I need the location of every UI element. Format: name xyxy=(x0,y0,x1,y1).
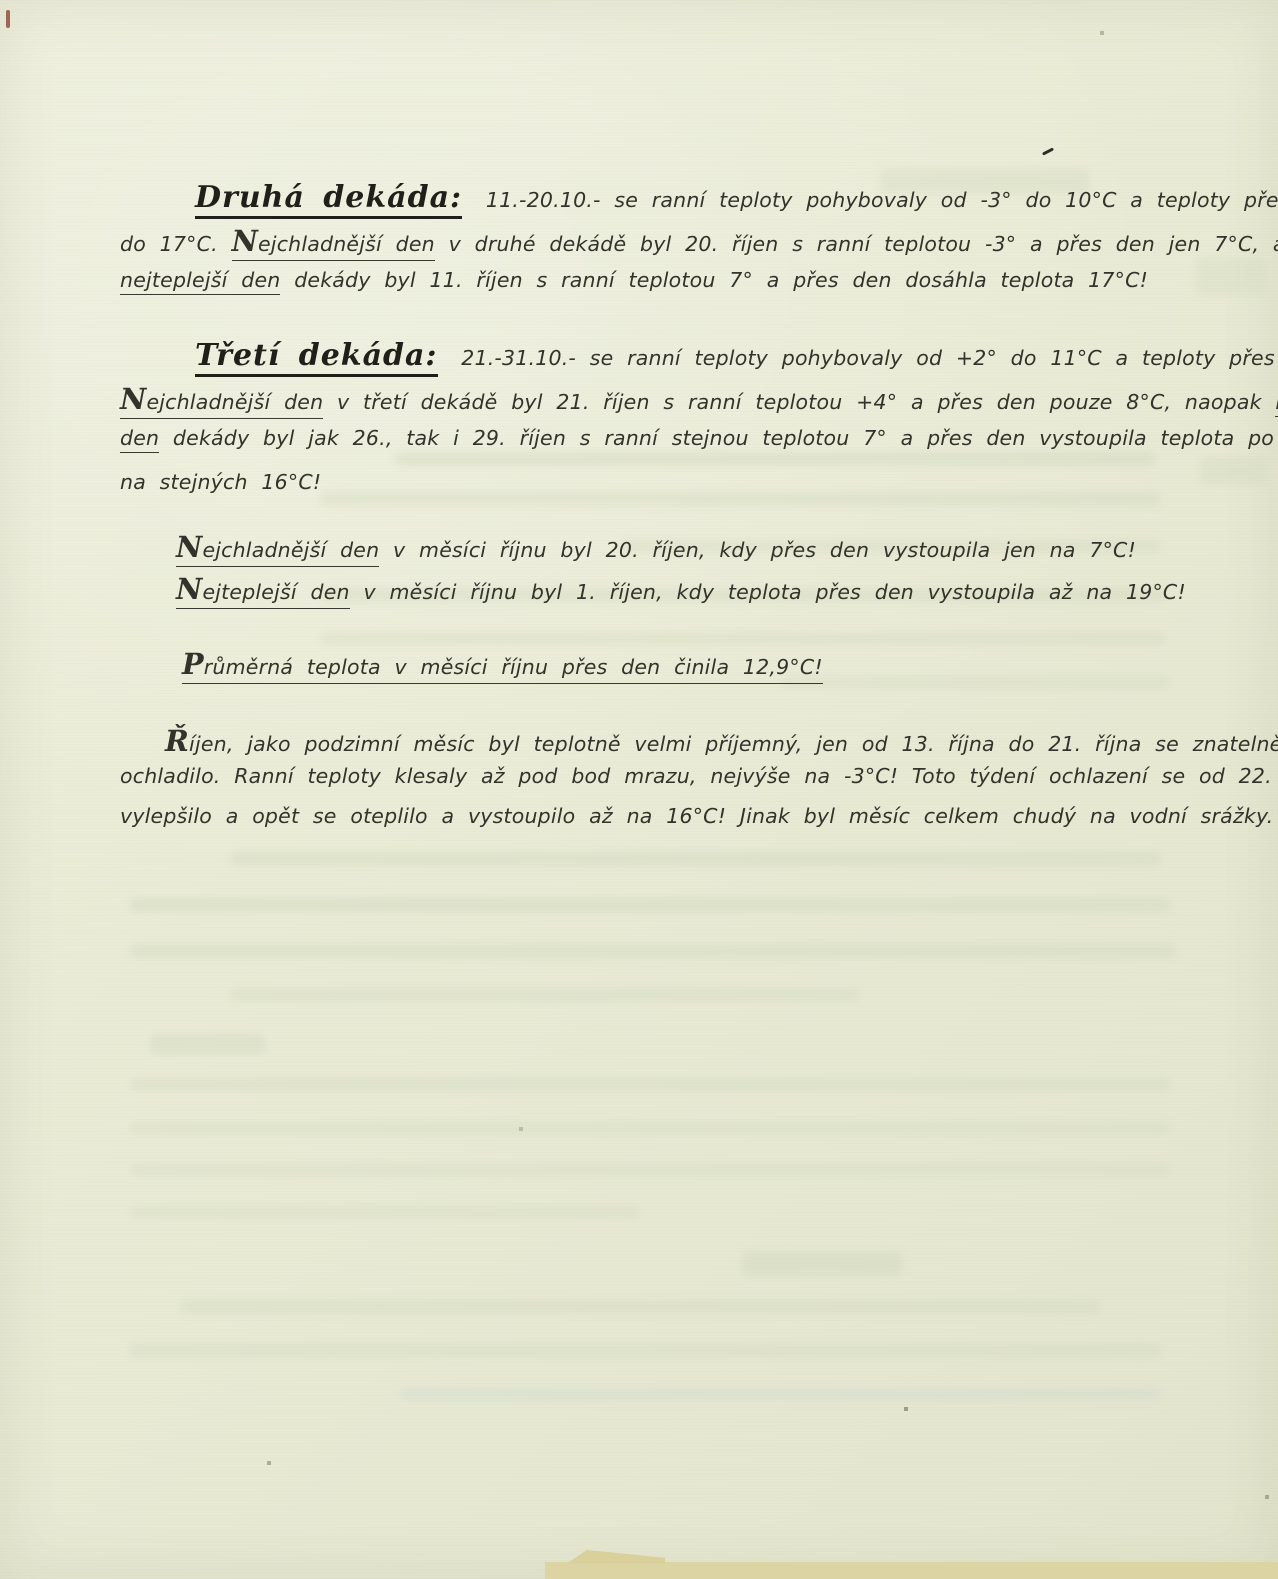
handwriting-line: Nejchladnější den v měsíci říjnu byl 20.… xyxy=(176,530,1186,572)
handwriting-segment: nejteplejší den xyxy=(120,268,280,295)
handwriting-line: Druhá dekáda: 11.-20.10.- se ranní teplo… xyxy=(195,180,1278,224)
handwriting-line: ochladilo. Ranní teploty klesaly až pod … xyxy=(120,764,1278,804)
handwriting-segment: dekády byl 11. říjen s ranní teplotou 7°… xyxy=(280,268,1148,292)
paragraph-summary: Říjen, jako podzimní měsíc byl teplotně … xyxy=(120,724,1278,844)
handwriting-line: Nejchladnější den v třetí dekádě byl 21.… xyxy=(120,382,1278,426)
handwriting-segment: Průměrná teplota v měsíci říjnu přes den… xyxy=(182,647,823,684)
handwriting-segment: Říjen, jako podzimní měsíc byl teplotně … xyxy=(165,724,1278,758)
paragraph-second-decade: Druhá dekáda: 11.-20.10.- se ranní teplo… xyxy=(120,180,1278,312)
red-edge-mark xyxy=(6,10,10,28)
handwriting-segment: v měsíci říjnu byl 20. říjen, kdy přes d… xyxy=(379,538,1136,562)
handwriting-line: Říjen, jako podzimní měsíc byl teplotně … xyxy=(165,724,1278,764)
handwriting-segment: 11.-20.10.- se ranní teploty pohybovaly … xyxy=(472,188,1278,212)
handwriting-line: do 17°C. Nejchladnější den v druhé dekád… xyxy=(120,224,1278,268)
handwriting-segment: 21.-31.10.- se ranní teploty pohybovaly … xyxy=(448,346,1278,370)
paper-specks xyxy=(0,0,2,2)
handwriting-line: Třetí dekáda: 21.-31.10.- se ranní teplo… xyxy=(195,338,1278,382)
paragraph-extremes: Nejchladnější den v měsíci říjnu byl 20.… xyxy=(176,530,1186,614)
handwriting-line: Průměrná teplota v měsíci říjnu přes den… xyxy=(182,647,823,691)
diary-page: Druhá dekáda: 11.-20.10.- se ranní teplo… xyxy=(0,0,1278,1579)
paragraph-third-decade: Třetí dekáda: 21.-31.10.- se ranní teplo… xyxy=(120,338,1278,514)
handwriting-segment: vylepšilo a opět se oteplilo a vystoupil… xyxy=(120,804,1273,828)
handwriting-line: vylepšilo a opět se oteplilo a vystoupil… xyxy=(120,804,1278,844)
handwriting-segment: ochladilo. Ranní teploty klesaly až pod … xyxy=(120,764,1278,788)
handwriting-line: nejteplejší den dekády byl 11. říjen s r… xyxy=(120,268,1278,312)
handwriting-segment: Nejchladnější den xyxy=(176,530,379,567)
handwriting-segment: Nejchladnější den xyxy=(232,224,435,261)
decade-heading: Druhá dekáda: xyxy=(195,180,462,219)
handwriting-segment: v měsíci říjnu byl 1. říjen, kdy teplota… xyxy=(350,580,1186,604)
handwriting-segment: Nejteplejší den xyxy=(176,572,350,609)
handwriting-segment: Nejchladnější den xyxy=(120,382,323,419)
handwriting-segment: na stejných 16°C! xyxy=(120,470,321,494)
handwriting-line: na stejných 16°C! xyxy=(120,470,1278,514)
handwriting-segment: dekády byl jak 26., tak i 29. říjen s ra… xyxy=(159,426,1278,450)
handwriting-line: den dekády byl jak 26., tak i 29. říjen … xyxy=(120,426,1278,470)
handwriting-segment: den xyxy=(120,426,159,453)
handwriting-segment: do 17°C. xyxy=(120,232,232,256)
decade-heading: Třetí dekáda: xyxy=(195,338,438,377)
handwriting-segment: v druhé dekádě byl 20. říjen s ranní tep… xyxy=(435,232,1278,256)
handwriting-line: Nejteplejší den v měsíci říjnu byl 1. ří… xyxy=(176,572,1186,614)
handwriting-segment: v třetí dekádě byl 21. říjen s ranní tep… xyxy=(323,390,1275,414)
paragraph-average: Průměrná teplota v měsíci říjnu přes den… xyxy=(182,647,823,691)
handwritten-text: Druhá dekáda: 11.-20.10.- se ranní teplo… xyxy=(0,0,1278,1579)
